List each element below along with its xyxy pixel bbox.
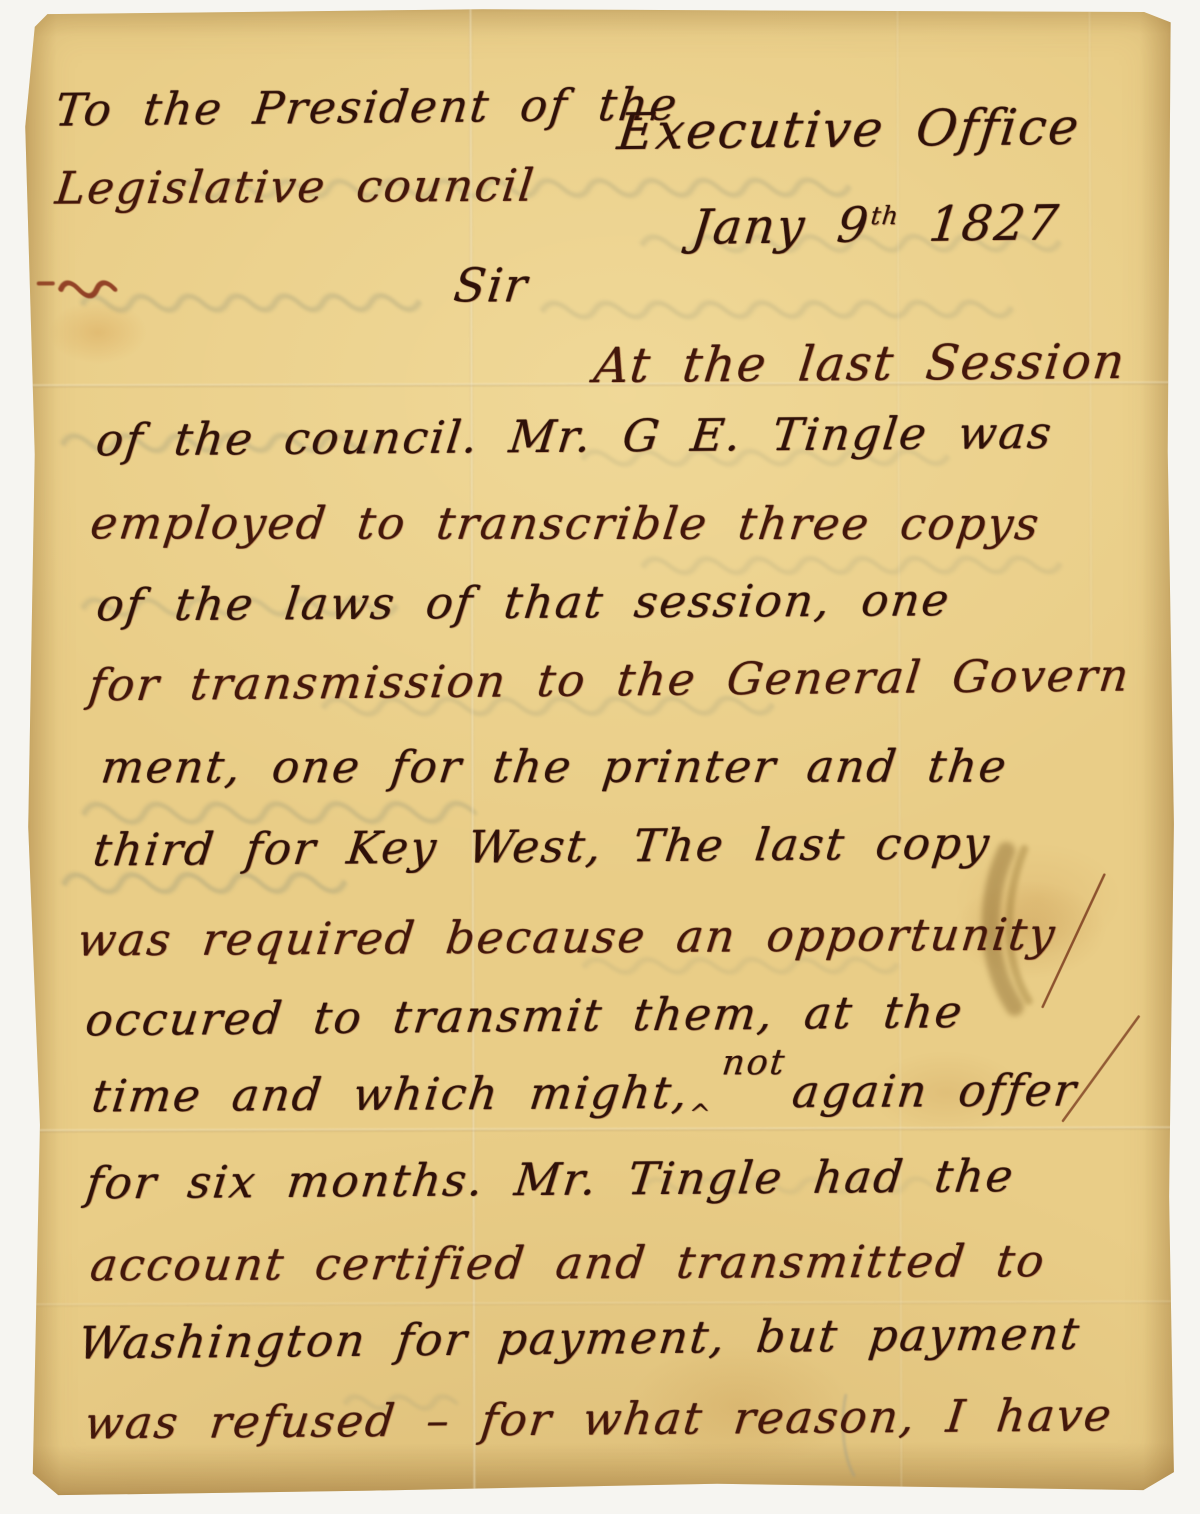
office-line: Executive Office (614, 97, 1083, 162)
bleed-through-squiggle (541, 302, 1013, 317)
insertion-caret: ^ (687, 1100, 714, 1131)
red-bleed-mark (59, 283, 116, 296)
fold-crease-horizontal-bottom (25, 1300, 1177, 1306)
body-line-2: employed to transcrible three copys (87, 496, 1043, 551)
recipient-line-1: To the President of the (52, 77, 681, 137)
body-line-9-with-insertion: time and which might,^notagain offer (89, 1063, 1081, 1123)
fold-crease-horizontal-lower (25, 1126, 1177, 1132)
body-line-13: was refused – for what reason, I have (82, 1388, 1116, 1450)
body-line-11: account certified and transmitted to (87, 1234, 1048, 1292)
salutation: Sir (451, 258, 532, 313)
body-line-4: for transmission to the General Govern (86, 648, 1133, 712)
bleed-through-squiggle (82, 803, 477, 822)
body-line-6: third for Key West, The last copy (90, 816, 993, 877)
bleed-through-squiggle (641, 558, 1061, 573)
recipient-line-2: Legislative council (53, 158, 539, 215)
insertion-after-text: again offer (789, 1063, 1080, 1118)
body-line-5: ment, one for the printer and the (98, 740, 1011, 795)
inserted-word: not (720, 1042, 789, 1084)
letter-page: To the President of the Legislative coun… (22, 4, 1178, 1497)
opening-line: At the last Session (591, 334, 1129, 396)
body-line-3: of the laws of that session, one (94, 573, 954, 632)
date-year: 1827 (926, 195, 1062, 253)
body-line-8: occured to transmit them, at the (83, 985, 967, 1047)
date-prefix: Jany 9 (689, 197, 873, 255)
date-ordinal: th (869, 201, 900, 230)
insertion-before-text: time and which might, (89, 1066, 692, 1123)
body-line-10: for six months. Mr. Tingle had the (83, 1149, 1017, 1210)
bleed-through-squiggle (81, 295, 421, 310)
body-line-1: of the council. Mr. G E. Tingle was (93, 406, 1056, 468)
body-line-7: was required because an opportunity (75, 907, 1060, 967)
date-line: Jany 9th 1827 (689, 195, 1063, 257)
scanned-letter-screenshot: { "document_type": "handwritten letter (… (0, 0, 1200, 1514)
body-line-12: Washington for payment, but payment (76, 1307, 1084, 1371)
